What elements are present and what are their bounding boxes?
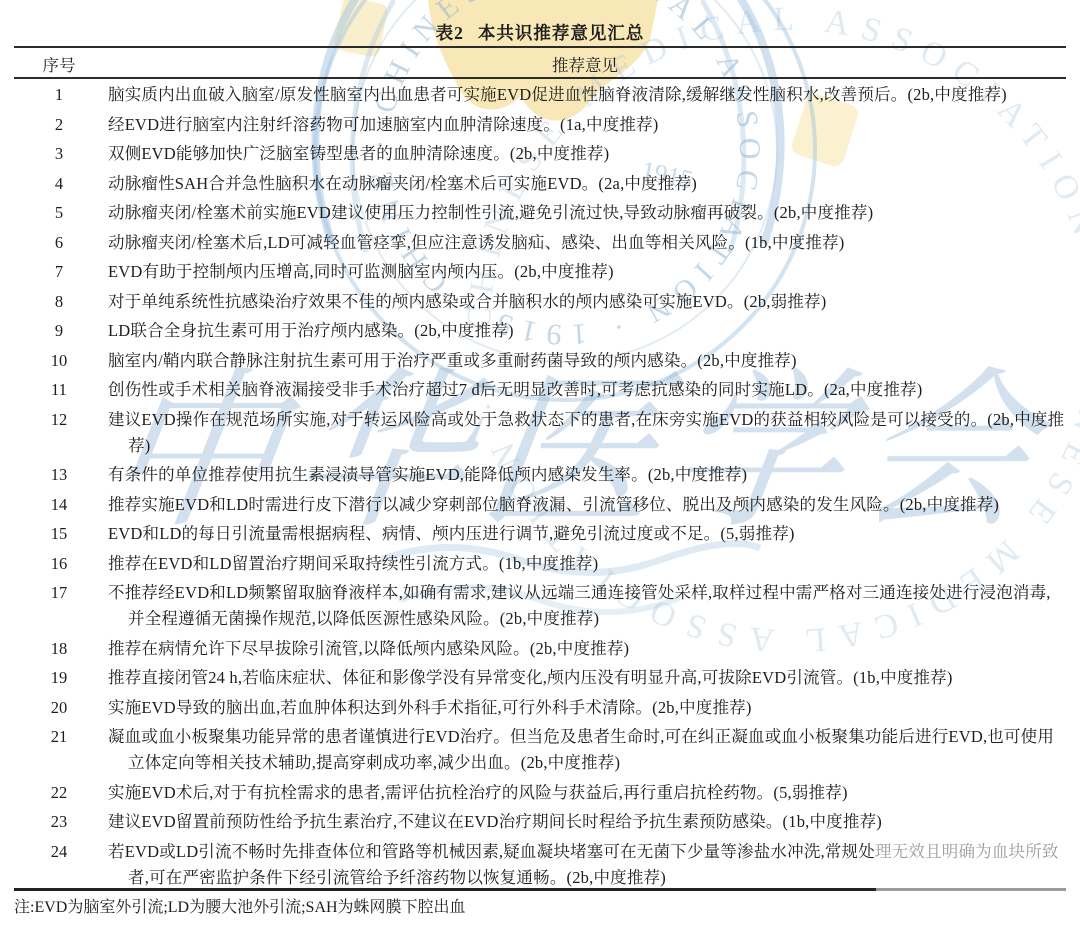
row-text: 动脉瘤夹闭/栓塞术前实施EVD建议使用压力控制性引流,避免引流过快,导致动脉瘤再… [104,200,1066,226]
row-number: 14 [14,492,104,518]
row-text: 推荐实施EVD和LD时需进行皮下潜行以减少穿刺部位脑脊液漏、引流管移位、脱出及颅… [104,492,1066,518]
table-row: 13 有条件的单位推荐使用抗生素浸渍导管实施EVD,能降低颅内感染发生率。(2b… [14,462,1066,488]
row-text: 有条件的单位推荐使用抗生素浸渍导管实施EVD,能降低颅内感染发生率。(2b,中度… [104,462,1066,488]
row-number: 4 [14,171,104,197]
table-row: 11 创伤性或手术相关脑脊液漏接受非手术治疗超过7 d后无明显改善时,可考虑抗感… [14,377,1066,403]
row-text: 实施EVD术后,对于有抗栓需求的患者,需评估抗栓治疗的风险与获益后,再行重启抗栓… [104,780,1066,806]
row-text: 对于单纯系统性抗感染治疗效果不佳的颅内感染或合并脑积水的颅内感染可实施EVD。(… [104,289,1066,315]
row-text: 建议EVD操作在规范场所实施,对于转运风险高或处于急救状态下的患者,在床旁实施E… [104,407,1066,459]
table-header-row: 序号 推荐意见 [14,52,1066,76]
table-row: 19 推荐直接闭管24 h,若临床症状、体征和影像学没有异常变化,颅内压没有明显… [14,665,1066,691]
row-text: 动脉瘤夹闭/栓塞术后,LD可减轻血管痉挛,但应注意诱发脑疝、感染、出血等相关风险… [104,230,1066,256]
table-row: 4 动脉瘤性SAH合并急性脑积水在动脉瘤夹闭/栓塞术后可实施EVD。(2a,中度… [14,171,1066,197]
row-number: 9 [14,318,104,344]
table-row: 2 经EVD进行脑室内注射纤溶药物可加速脑室内血肿清除速度。(1a,中度推荐) [14,112,1066,138]
row-number: 18 [14,636,104,662]
row-number: 10 [14,348,104,374]
column-header-no: 序号 [14,52,104,76]
row-number: 5 [14,200,104,226]
row-text: 动脉瘤性SAH合并急性脑积水在动脉瘤夹闭/栓塞术后可实施EVD。(2a,中度推荐… [104,171,1066,197]
row-text: 双侧EVD能够加快广泛脑室铸型患者的血肿清除速度。(2b,中度推荐) [104,141,1066,167]
table-row: 7 EVD有助于控制颅内压增高,同时可监测脑室内颅内压。(2b,中度推荐) [14,259,1066,285]
row-number: 11 [14,377,104,403]
row-text: EVD有助于控制颅内压增高,同时可监测脑室内颅内压。(2b,中度推荐) [104,259,1066,285]
table-row: 8 对于单纯系统性抗感染治疗效果不佳的颅内感染或合并脑积水的颅内感染可实施EVD… [14,289,1066,315]
row-number: 24 [14,839,104,891]
table-row: 1 脑实质内出血破入脑室/原发性脑室内出血患者可实施EVD促进血性脑脊液清除,缓… [14,82,1066,108]
table-caption: 表2本共识推荐意见汇总 [0,20,1080,45]
row-number: 2 [14,112,104,138]
table-row: 3 双侧EVD能够加快广泛脑室铸型患者的血肿清除速度。(2b,中度推荐) [14,141,1066,167]
row-text: 不推荐经EVD和LD频繁留取脑脊液样本,如确有需求,建议从远端三通连接管处采样,… [104,580,1066,632]
table-row: 21 凝血或血小板聚集功能异常的患者谨慎进行EVD治疗。但当危及患者生命时,可在… [14,724,1066,776]
row-number: 20 [14,695,104,721]
table-row: 18 推荐在病情允许下尽早拔除引流管,以降低颅内感染风险。(2b,中度推荐) [14,636,1066,662]
table-row: 20 实施EVD导致的脑出血,若血肿体积达到外科手术指征,可行外科手术清除。(2… [14,695,1066,721]
row-number: 8 [14,289,104,315]
row-number: 12 [14,407,104,459]
table-row: 22 实施EVD术后,对于有抗栓需求的患者,需评估抗栓治疗的风险与获益后,再行重… [14,780,1066,806]
table-row: 23 建议EVD留置前预防性给予抗生素治疗,不建议在EVD治疗期间长时程给予抗生… [14,809,1066,835]
row-number: 1 [14,82,104,108]
table-top-rule [14,46,1066,48]
watermark-removal-artifact [876,842,1080,892]
row-number: 17 [14,580,104,632]
journal-table-page: · CHINESE MEDICAL ASSOCIATION · 1915 · C… [0,0,1080,945]
row-text: 推荐在EVD和LD留置治疗期间采取持续性引流方式。(1b,中度推荐) [104,551,1066,577]
table-row: 10 脑室内/鞘内联合静脉注射抗生素可用于治疗严重或多重耐药菌导致的颅内感染。(… [14,348,1066,374]
row-text: 脑实质内出血破入脑室/原发性脑室内出血患者可实施EVD促进血性脑脊液清除,缓解继… [104,82,1066,108]
row-text: 推荐直接闭管24 h,若临床症状、体征和影像学没有异常变化,颅内压没有明显升高,… [104,665,1066,691]
table-row: 12 建议EVD操作在规范场所实施,对于转运风险高或处于急救状态下的患者,在床旁… [14,407,1066,459]
table-row: 15 EVD和LD的每日引流量需根据病程、病情、颅内压进行调节,避免引流过度或不… [14,521,1066,547]
row-number: 22 [14,780,104,806]
row-text: 实施EVD导致的脑出血,若血肿体积达到外科手术指征,可行外科手术清除。(2b,中… [104,695,1066,721]
row-number: 19 [14,665,104,691]
table-row: 16 推荐在EVD和LD留置治疗期间采取持续性引流方式。(1b,中度推荐) [14,551,1066,577]
table-number: 表2 [436,23,464,43]
table-body: 1 脑实质内出血破入脑室/原发性脑室内出血患者可实施EVD促进血性脑脊液清除,缓… [14,82,1066,894]
row-text: 创伤性或手术相关脑脊液漏接受非手术治疗超过7 d后无明显改善时,可考虑抗感染的同… [104,377,1066,403]
row-text: 脑室内/鞘内联合静脉注射抗生素可用于治疗严重或多重耐药菌导致的颅内感染。(2b,… [104,348,1066,374]
row-text: EVD和LD的每日引流量需根据病程、病情、颅内压进行调节,避免引流过度或不足。(… [104,521,1066,547]
row-number: 3 [14,141,104,167]
row-text: 建议EVD留置前预防性给予抗生素治疗,不建议在EVD治疗期间长时程给予抗生素预防… [104,809,1066,835]
table-row: 17 不推荐经EVD和LD频繁留取脑脊液样本,如确有需求,建议从远端三通连接管处… [14,580,1066,632]
row-number: 21 [14,724,104,776]
row-number: 15 [14,521,104,547]
table-title: 本共识推荐意见汇总 [478,23,645,43]
row-text: 推荐在病情允许下尽早拔除引流管,以降低颅内感染风险。(2b,中度推荐) [104,636,1066,662]
row-text: LD联合全身抗生素可用于治疗颅内感染。(2b,中度推荐) [104,318,1066,344]
table-row: 14 推荐实施EVD和LD时需进行皮下潜行以减少穿刺部位脑脊液漏、引流管移位、脱… [14,492,1066,518]
row-number: 23 [14,809,104,835]
table-header-rule [14,77,1066,79]
row-number: 7 [14,259,104,285]
table-row: 5 动脉瘤夹闭/栓塞术前实施EVD建议使用压力控制性引流,避免引流过快,导致动脉… [14,200,1066,226]
row-text: 经EVD进行脑室内注射纤溶药物可加速脑室内血肿清除速度。(1a,中度推荐) [104,112,1066,138]
row-number: 13 [14,462,104,488]
table-row: 6 动脉瘤夹闭/栓塞术后,LD可减轻血管痉挛,但应注意诱发脑疝、感染、出血等相关… [14,230,1066,256]
table-footnote: 注:EVD为脑室外引流;LD为腰大池外引流;SAH为蛛网膜下腔出血 [14,896,1066,920]
row-number: 16 [14,551,104,577]
table-row: 9 LD联合全身抗生素可用于治疗颅内感染。(2b,中度推荐) [14,318,1066,344]
row-text: 凝血或血小板聚集功能异常的患者谨慎进行EVD治疗。但当危及患者生命时,可在纠正凝… [104,724,1066,776]
row-number: 6 [14,230,104,256]
column-header-recommendation: 推荐意见 [104,52,1066,76]
table-content: 表2本共识推荐意见汇总 序号 推荐意见 1 脑实质内出血破入脑室/原发性脑室内出… [0,0,1080,945]
